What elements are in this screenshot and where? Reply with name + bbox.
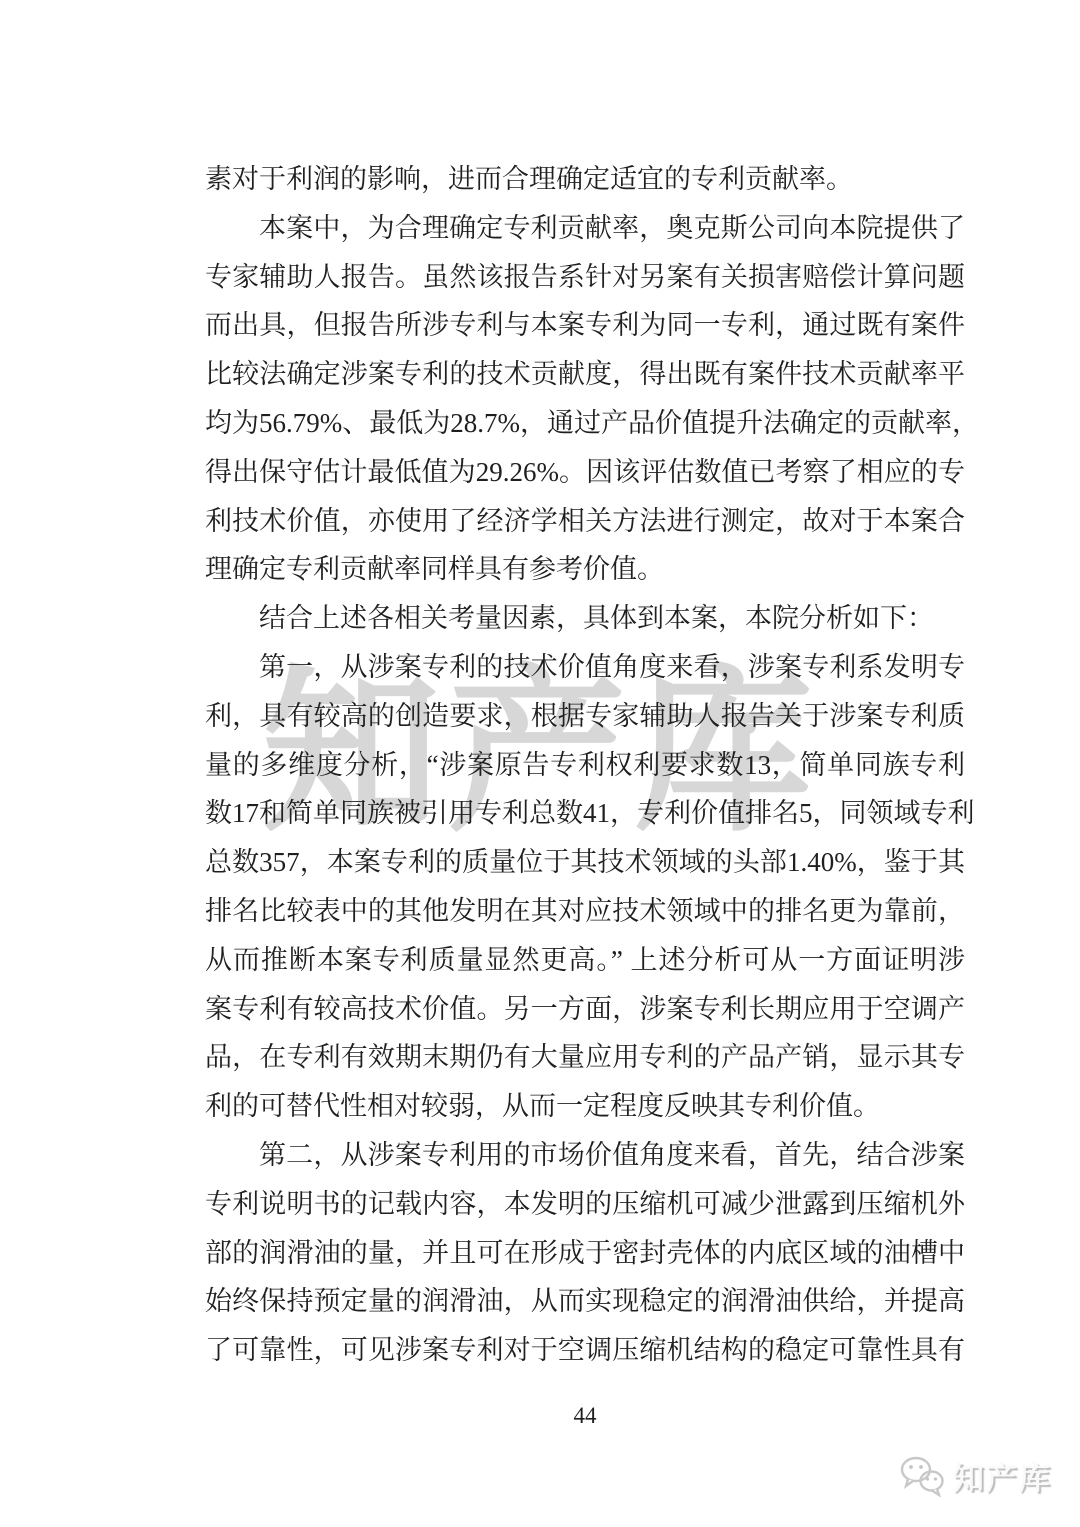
text-line: 品，在专利有效期末期仍有大量应用专利的产品产销，显示其专 (205, 1033, 965, 1082)
text-line: 专利说明书的记载内容，本发明的压缩机可减少泄露到压缩机外 (205, 1180, 965, 1229)
body-text: 素对于利润的影响，进而合理确定适宜的专利贡献率。 本案中，为合理确定专利贡献率，… (205, 155, 965, 1375)
text-line: 结合上述各相关考量因素，具体到本案，本院分析如下： (205, 594, 965, 643)
brand-label: 知产库 (953, 1453, 1052, 1498)
text-line: 利，具有较高的创造要求，根据专家辅助人报告关于涉案专利质 (205, 692, 965, 741)
document-page: 知产库 素对于利润的影响，进而合理确定适宜的专利贡献率。 本案中，为合理确定专利… (0, 0, 1080, 1527)
wechat-icon (899, 1455, 945, 1497)
text-line: 第一，从涉案专利的技术价值角度来看，涉案专利系发明专 (205, 643, 965, 692)
text-line: 量的多维度分析，“涉案原告专利权利要求数13，简单同族专利 (205, 741, 965, 790)
text-line: 排名比较表中的其他发明在其对应技术领域中的排名更为靠前， (205, 887, 965, 936)
text-line: 利技术价值，亦使用了经济学相关方法进行测定，故对于本案合 (205, 497, 965, 546)
text-line: 本案中，为合理确定专利贡献率，奥克斯公司向本院提供了 (205, 204, 965, 253)
text-line: 专家辅助人报告。虽然该报告系针对另案有关损害赔偿计算问题 (205, 253, 965, 302)
text-line: 始终保持预定量的润滑油，从而实现稳定的润滑油供给，并提高 (205, 1277, 965, 1326)
text-line: 理确定专利贡献率同样具有参考价值。 (205, 545, 965, 594)
text-line: 部的润滑油的量，并且可在形成于密封壳体的内底区域的油槽中 (205, 1229, 965, 1278)
text-line: 素对于利润的影响，进而合理确定适宜的专利贡献率。 (205, 155, 965, 204)
text-line: 案专利有较高技术价值。另一方面，涉案专利长期应用于空调产 (205, 985, 965, 1034)
text-line: 了可靠性，可见涉案专利对于空调压缩机结构的稳定可靠性具有 (205, 1326, 965, 1375)
text-line: 均为56.79%、最低为28.7%，通过产品价值提升法确定的贡献率， (205, 399, 965, 448)
page-number: 44 (205, 1403, 965, 1429)
text-line: 数17和简单同族被引用专利总数41，专利价值排名5，同领域专利 (205, 789, 965, 838)
text-line: 利的可替代性相对较弱，从而一定程度反映其专利价值。 (205, 1082, 965, 1131)
text-line: 得出保守估计最低值为29.26%。因该评估数值已考察了相应的专 (205, 448, 965, 497)
text-line: 而出具，但报告所涉专利与本案专利为同一专利，通过既有案件 (205, 301, 965, 350)
text-line: 比较法确定涉案专利的技术贡献度，得出既有案件技术贡献率平 (205, 350, 965, 399)
text-line: 总数357，本案专利的质量位于其技术领域的头部1.40%，鉴于其 (205, 838, 965, 887)
text-line: 从而推断本案专利质量显然更高。” 上述分析可从一方面证明涉 (205, 936, 965, 985)
text-line: 第二，从涉案专利用的市场价值角度来看，首先，结合涉案 (205, 1131, 965, 1180)
brand-footer: 知产库 (899, 1453, 1052, 1498)
